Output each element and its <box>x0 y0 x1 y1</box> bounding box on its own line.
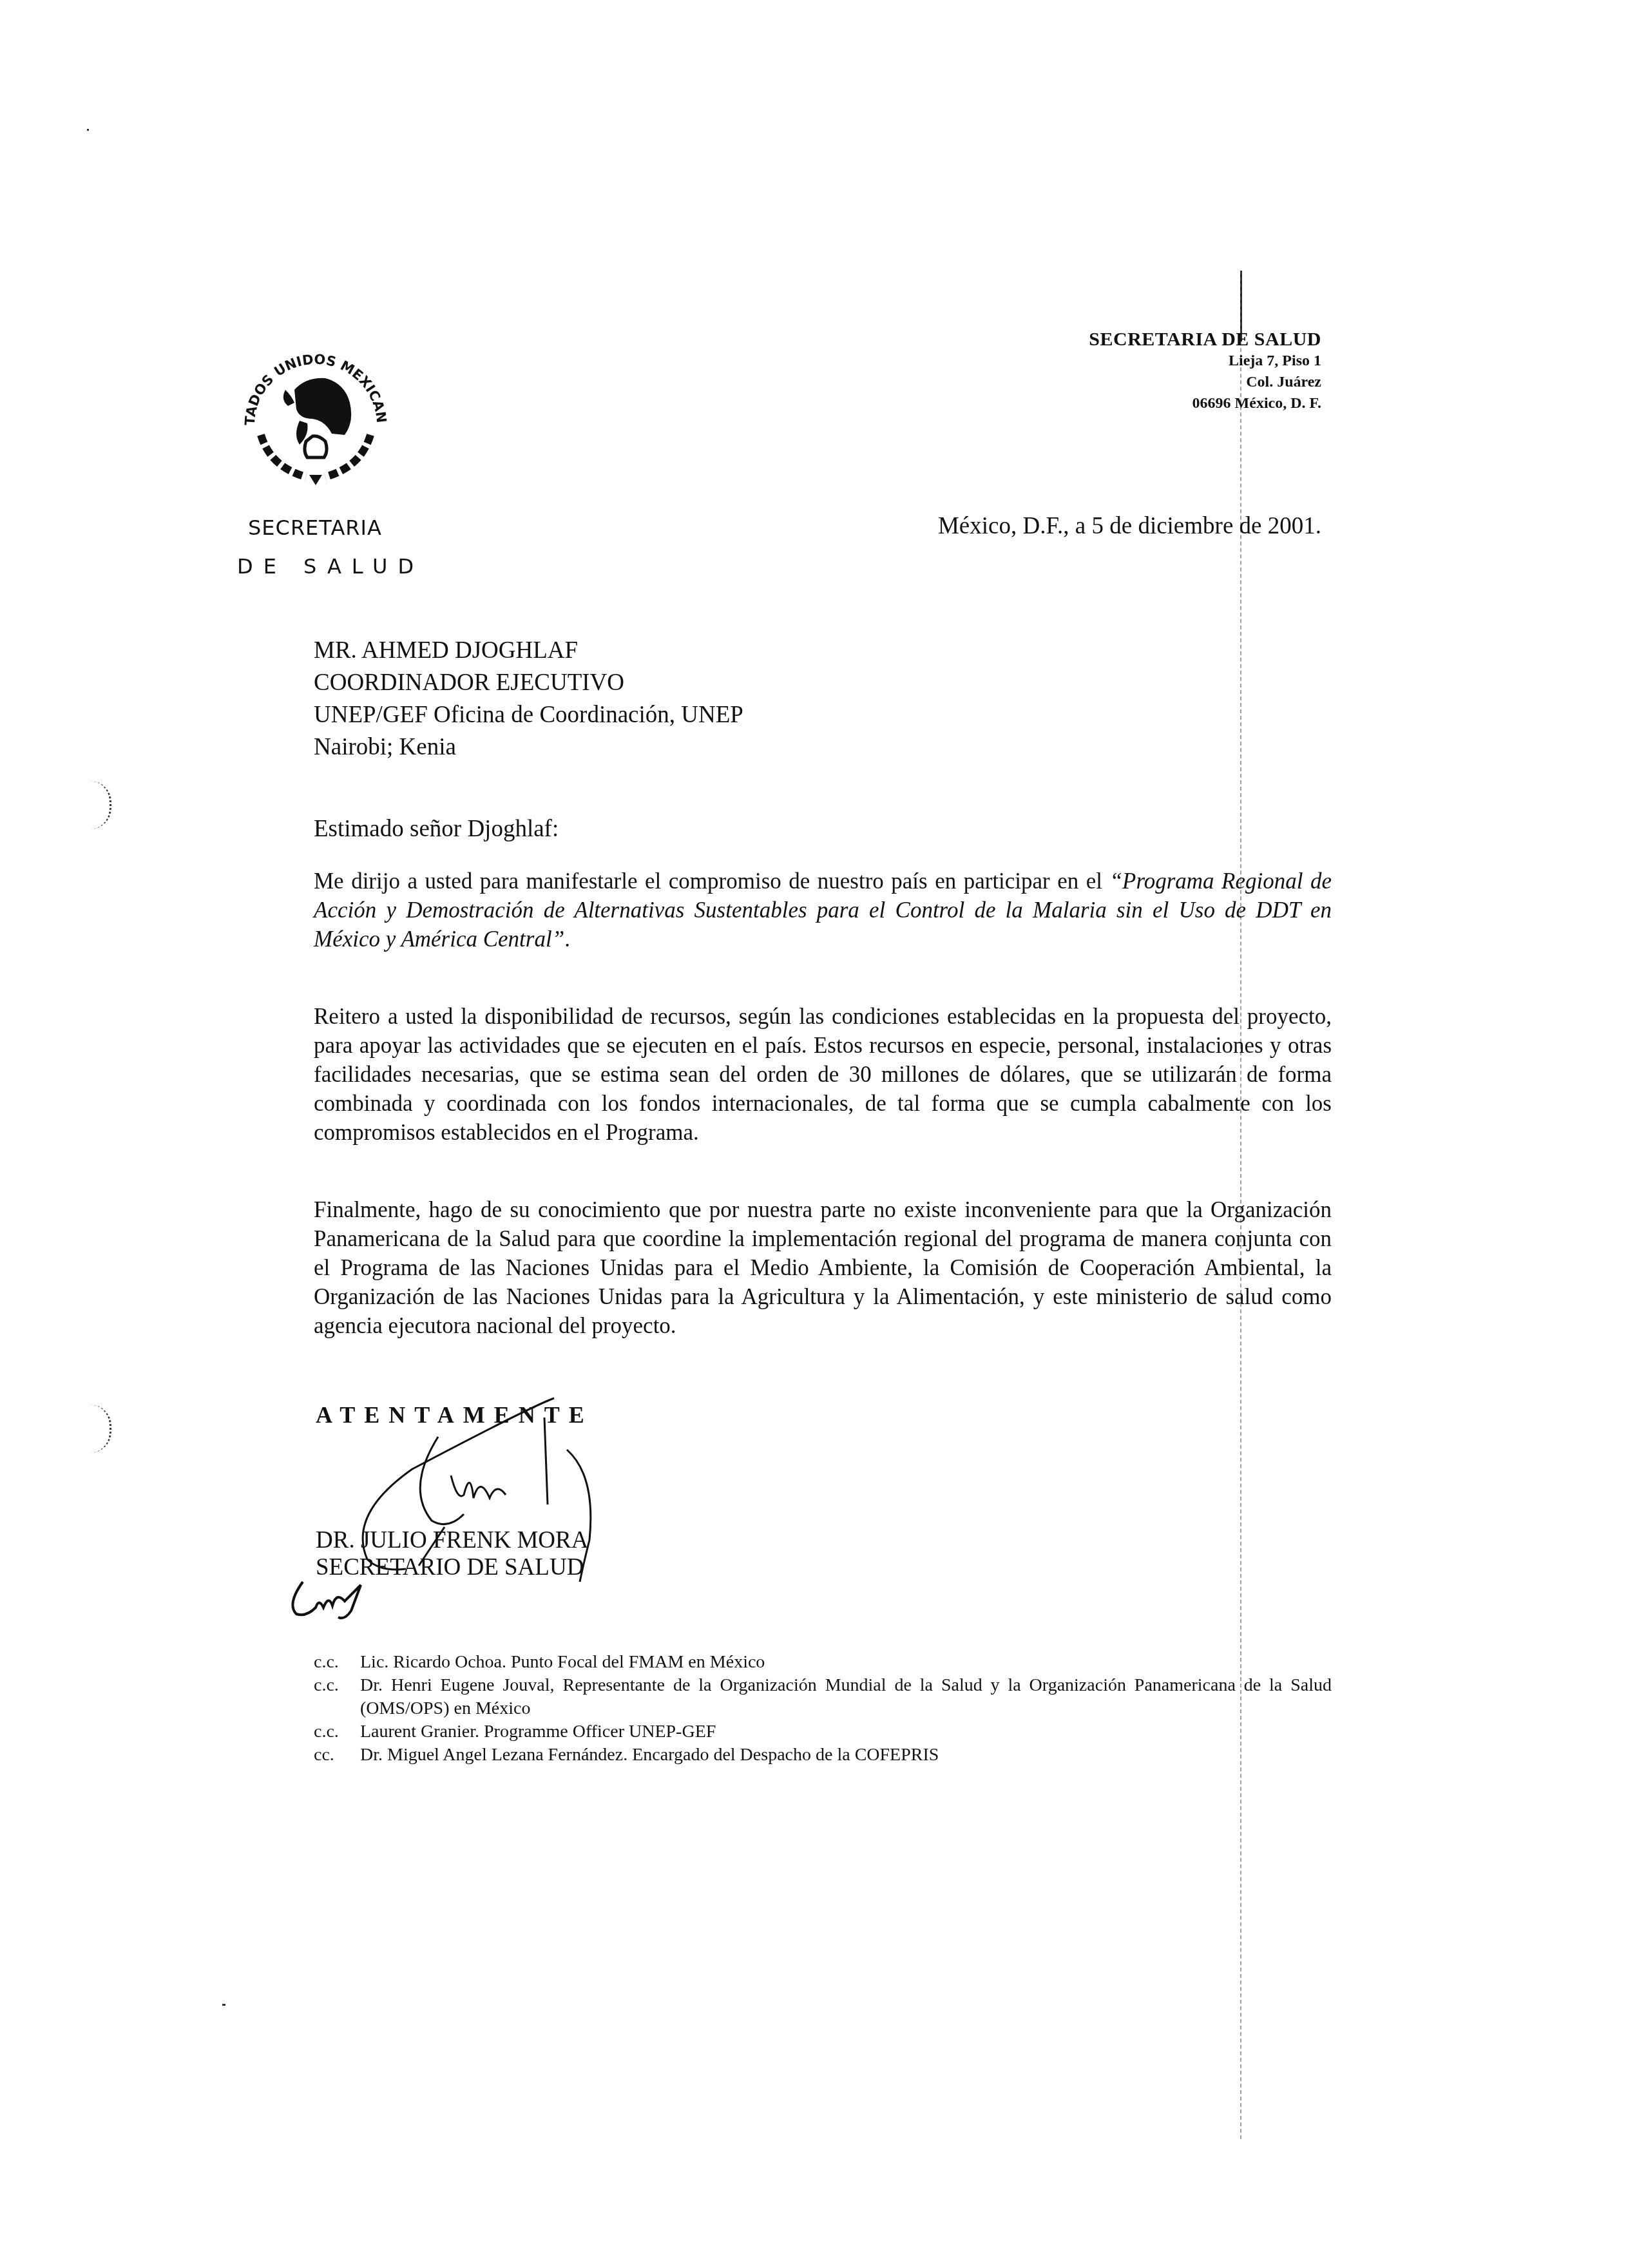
recipient-location: Nairobi; Kenia <box>314 731 743 764</box>
address-street: Lieja 7, Piso 1 <box>1089 351 1321 372</box>
cc-item: c.c. Lic. Ricardo Ochoa. Punto Focal del… <box>314 1651 1332 1674</box>
scan-speck <box>87 129 89 131</box>
punch-hole-mark <box>90 1405 111 1453</box>
letter-date: México, D.F., a 5 de diciembre de 2001. <box>938 512 1321 540</box>
cc-text: Laurent Granier. Programme Officer UNEP-… <box>360 1720 1332 1744</box>
paragraph-text: Me dirijo a usted para manifestarle el c… <box>314 869 1110 894</box>
letterhead-address: SECRETARIA DE SALUD Lieja 7, Piso 1 Col.… <box>1089 329 1321 414</box>
cc-item: c.c. Laurent Granier. Programme Officer … <box>314 1720 1332 1744</box>
recipient-title: COORDINADOR EJECUTIVO <box>314 667 743 699</box>
cc-text: Lic. Ricardo Ochoa. Punto Focal del FMAM… <box>360 1651 1332 1674</box>
address-colony: Col. Juárez <box>1089 372 1321 393</box>
recipient-office: UNEP/GEF Oficina de Coordinación, UNEP <box>314 699 743 731</box>
scan-speck <box>222 2004 225 2006</box>
cc-prefix: c.c. <box>314 1651 360 1674</box>
recipient-name: MR. AHMED DJOGHLAF <box>314 635 743 667</box>
salutation: Estimado señor Djoghlaf: <box>314 815 559 843</box>
cc-prefix: c.c. <box>314 1674 360 1720</box>
handwritten-initials <box>283 1572 374 1624</box>
org-name-line2: DE SALUD <box>237 554 424 579</box>
address-org: SECRETARIA DE SALUD <box>1089 329 1321 351</box>
body-paragraph-1: Me dirijo a usted para manifestarle el c… <box>314 867 1332 954</box>
closing: ATENTAMENTE <box>316 1401 593 1428</box>
cc-text: Dr. Miguel Angel Lezana Fernández. Encar… <box>360 1744 1332 1767</box>
body-paragraph-3: Finalmente, hago de su conocimiento que … <box>314 1195 1332 1340</box>
address-city: 06696 México, D. F. <box>1089 393 1321 414</box>
recipient-block: MR. AHMED DJOGHLAF COORDINADOR EJECUTIVO… <box>314 635 743 764</box>
org-name-line1: SECRETARIA <box>248 515 382 540</box>
signer-name: DR. JULIO FRENK MORA <box>316 1527 588 1554</box>
cc-prefix: c.c. <box>314 1720 360 1744</box>
mexican-coat-of-arms-seal-icon: ESTADOS UNIDOS MEXICANOS <box>235 338 396 493</box>
cc-item: cc. Dr. Miguel Angel Lezana Fernández. E… <box>314 1744 1332 1767</box>
cc-prefix: cc. <box>314 1744 360 1767</box>
cc-text: Dr. Henri Eugene Jouval, Representante d… <box>360 1674 1332 1720</box>
paragraph-end: . <box>564 927 570 952</box>
body-paragraph-2: Reitero a usted la disponibilidad de rec… <box>314 1002 1332 1147</box>
cc-list: c.c. Lic. Ricardo Ochoa. Punto Focal del… <box>314 1651 1332 1767</box>
cc-item: c.c. Dr. Henri Eugene Jouval, Representa… <box>314 1674 1332 1720</box>
punch-hole-mark <box>90 781 111 829</box>
